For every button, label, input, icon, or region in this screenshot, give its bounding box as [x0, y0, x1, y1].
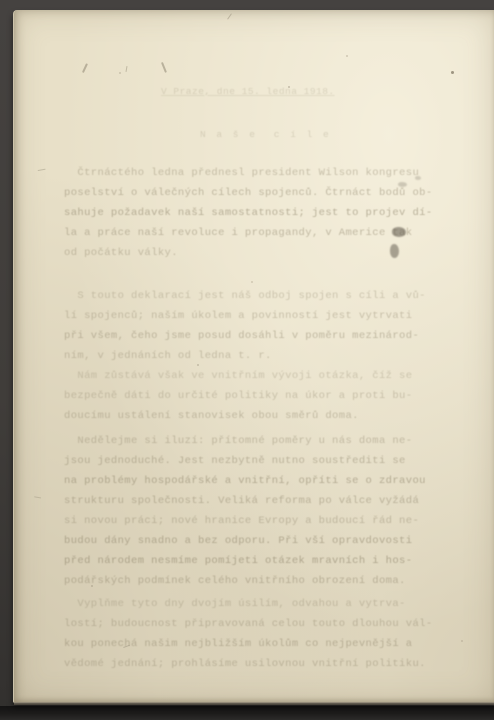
typewritten-line: V Praze, dne 15. ledna 1918.	[161, 82, 335, 102]
typewritten-line: N a š e c í l e	[200, 125, 331, 145]
typewritten-line: S touto deklarací jest náš odboj spojen …	[64, 286, 426, 306]
typewritten-line: lí spojenců; naším úkolem a povinností j…	[64, 306, 426, 326]
typewritten-line: podářských podmínek celého vnitřního obr…	[64, 571, 426, 591]
paper-fiber	[461, 640, 463, 642]
typewritten-line: před národem nesmíme pomíjeti otázek mra…	[64, 551, 426, 571]
typewritten-line: Čtrnáctého ledna přednesl president Wils…	[64, 163, 433, 183]
typewritten-line: Vyplňme tyto dny dvojím úsilím, odvahou …	[64, 594, 433, 614]
ink-blotch	[398, 182, 407, 187]
typewritten-line: doucímu ustálení stanovisek obou směrů d…	[64, 406, 412, 426]
typewritten-line: la a práce naší revoluce i propagandy, v…	[64, 223, 433, 243]
paper-fiber	[91, 585, 93, 587]
document-page: V Praze, dne 15. ledna 1918.N a š e c í …	[13, 10, 494, 703]
typewritten-paragraph: Nám zůstává však ve vnitřním vývoji otáz…	[64, 366, 412, 426]
paper-bottom-edge	[14, 702, 494, 705]
ink-blotch	[415, 176, 421, 180]
typewritten-line: vědomé jednání; prohlásíme usilovnou vni…	[64, 654, 433, 674]
typewritten-paragraph: S touto deklarací jest náš odboj spojen …	[64, 286, 426, 366]
paper-fiber	[251, 281, 253, 283]
typewritten-paragraph: Čtrnáctého ledna přednesl president Wils…	[64, 163, 433, 263]
typewritten-paragraph: Vyplňme tyto dny dvojím úsilím, odvahou …	[64, 594, 433, 674]
typewritten-dateline: V Praze, dne 15. ledna 1918.	[161, 82, 335, 102]
typewritten-line: jsou jednoduché. Jest nezbytně nutno sou…	[64, 451, 426, 471]
paper-fiber	[197, 364, 199, 366]
ink-blotch	[392, 227, 406, 237]
typewritten-line: ním, v jednáních od ledna t. r.	[64, 346, 426, 366]
typewritten-line: Nám zůstává však ve vnitřním vývoji otáz…	[64, 366, 412, 386]
ink-blotch	[390, 244, 399, 258]
typewritten-line: bezpečně dáti do určité politiky na úkor…	[64, 386, 412, 406]
typewritten-line: sahuje požadavek naší samostatnosti; jes…	[64, 203, 433, 223]
paper-fiber	[451, 71, 454, 74]
paper-fiber	[346, 55, 348, 57]
typewritten-line: při všem, čeho jsme posud dosáhli v pomě…	[64, 326, 426, 346]
page-text: V Praze, dne 15. ledna 1918.N a š e c í …	[14, 10, 494, 703]
typewritten-line: si novou práci; nové hranice Evropy a bu…	[64, 511, 426, 531]
paper-fiber	[288, 86, 290, 88]
typewritten-paragraph: Nedělejme si iluzí: přítomné poměry u ná…	[64, 431, 426, 591]
typewritten-title: N a š e c í l e	[200, 125, 331, 145]
scanner-bottom-shadow	[0, 706, 494, 720]
typewritten-line: budou dány snadno a bez odporu. Při vší …	[64, 531, 426, 551]
typewritten-line: lostí; budoucnost připravovaná celou tou…	[64, 614, 433, 634]
paper-fiber	[119, 72, 121, 74]
typewritten-line: na problémy hospodářské a vnitřní, opřít…	[64, 471, 426, 491]
typewritten-line: kou ponechá našim nejbližším úkolům co n…	[64, 634, 433, 654]
scanned-document-view: V Praze, dne 15. ledna 1918.N a š e c í …	[0, 0, 494, 720]
typewritten-line: poselství o válečných cílech spojenců. Č…	[64, 183, 433, 203]
typewritten-line: strukturu společnosti. Veliká reforma po…	[64, 491, 426, 511]
typewritten-line: Nedělejme si iluzí: přítomné poměry u ná…	[64, 431, 426, 451]
typewritten-line: od počátku války.	[64, 243, 433, 263]
